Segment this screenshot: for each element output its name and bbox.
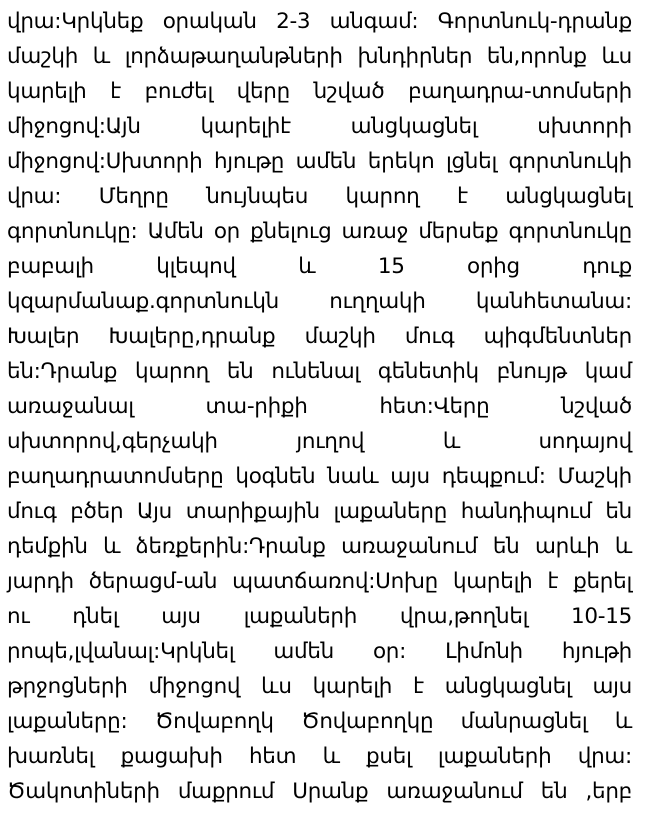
text-line: լաքաները: Ծովաբողկ Ծովաբողկը մանրացնել և <box>7 704 632 739</box>
text-line: յարդի ծերացմ-ան պատճառով:Սոխը կարելի է ք… <box>7 564 632 599</box>
text-line: վրա:Կրկնեք օրական 2-3 անգամ: Գորտնուկ-դր… <box>7 4 632 39</box>
text-line: կզարմանաք.գորտնուկն ուղղակի կանհետանա: <box>7 284 632 319</box>
text-line: սխտորով,գերչակի յուղով և սոդայով <box>7 424 632 459</box>
text-line: մաշկի և լորձաթաղանթների խնդիրներ են,որոն… <box>7 39 632 74</box>
text-line: թրջոցների միջոցով ևս կարելի է անցկացնել … <box>7 669 632 704</box>
text-line: կարելի է բուժել վերը նշված բաղադրա-տոմսե… <box>7 74 632 109</box>
text-line: րոպե,լվանալ:Կրկնել ամեն օր: Լիմոնի հյութ… <box>7 634 632 669</box>
text-line: միջոցով:Սխտորի հյութը ամեն երեկո լցնել գ… <box>7 144 632 179</box>
document-page: վրա:Կրկնեք օրական 2-3 անգամ: Գորտնուկ-դր… <box>7 4 632 809</box>
text-line: Խալեր Խալերը,դրանք մաշկի մուգ պիգմենտներ <box>7 319 632 354</box>
text-line: գորտնուկը: Ամեն օր քնելուց առաջ մերսեք գ… <box>7 214 632 249</box>
text-line: մուգ բծեր Այս տարիքային լաքաները հանդիպո… <box>7 494 632 529</box>
text-line: դեմքին և ձեռքերին:Դրանք առաջանում են արև… <box>7 529 632 564</box>
text-line: խառնել քացախի հետ և քսել լաքաների վրա: <box>7 739 632 774</box>
text-line: են:Դրանք կարող են ունենալ գենետիկ բնույթ… <box>7 354 632 389</box>
text-line: առաջանալ տա-րիքի հետ:Վերը նշված <box>7 389 632 424</box>
text-line: վրա: Մեղրը նույնպես կարող է անցկացնել <box>7 179 632 214</box>
text-line: բաբալի կլեպով և 15 օրից դուք <box>7 249 632 284</box>
text-line: բաղադրատոմսերը կօգնեն նաև այս դեպքում: Մ… <box>7 459 632 494</box>
text-line: ու դնել այս լաքաների վրա,թողնել 10-15 <box>7 599 632 634</box>
text-line: միջոցով:Այն կարելիէ անցկացնել սխտորի <box>7 109 632 144</box>
text-line: Ծակոտիների մաքրում Սրանք առաջանում են ,ե… <box>7 774 632 809</box>
